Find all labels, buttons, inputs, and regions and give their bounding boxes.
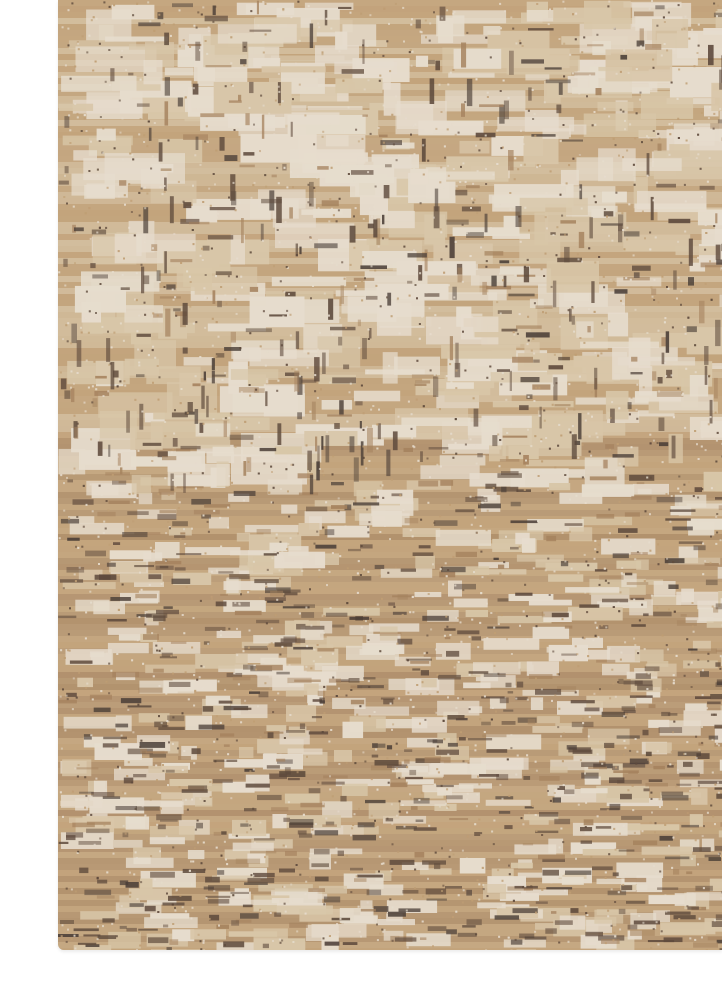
rug: [58, 0, 722, 950]
rug-texture: [58, 0, 722, 950]
